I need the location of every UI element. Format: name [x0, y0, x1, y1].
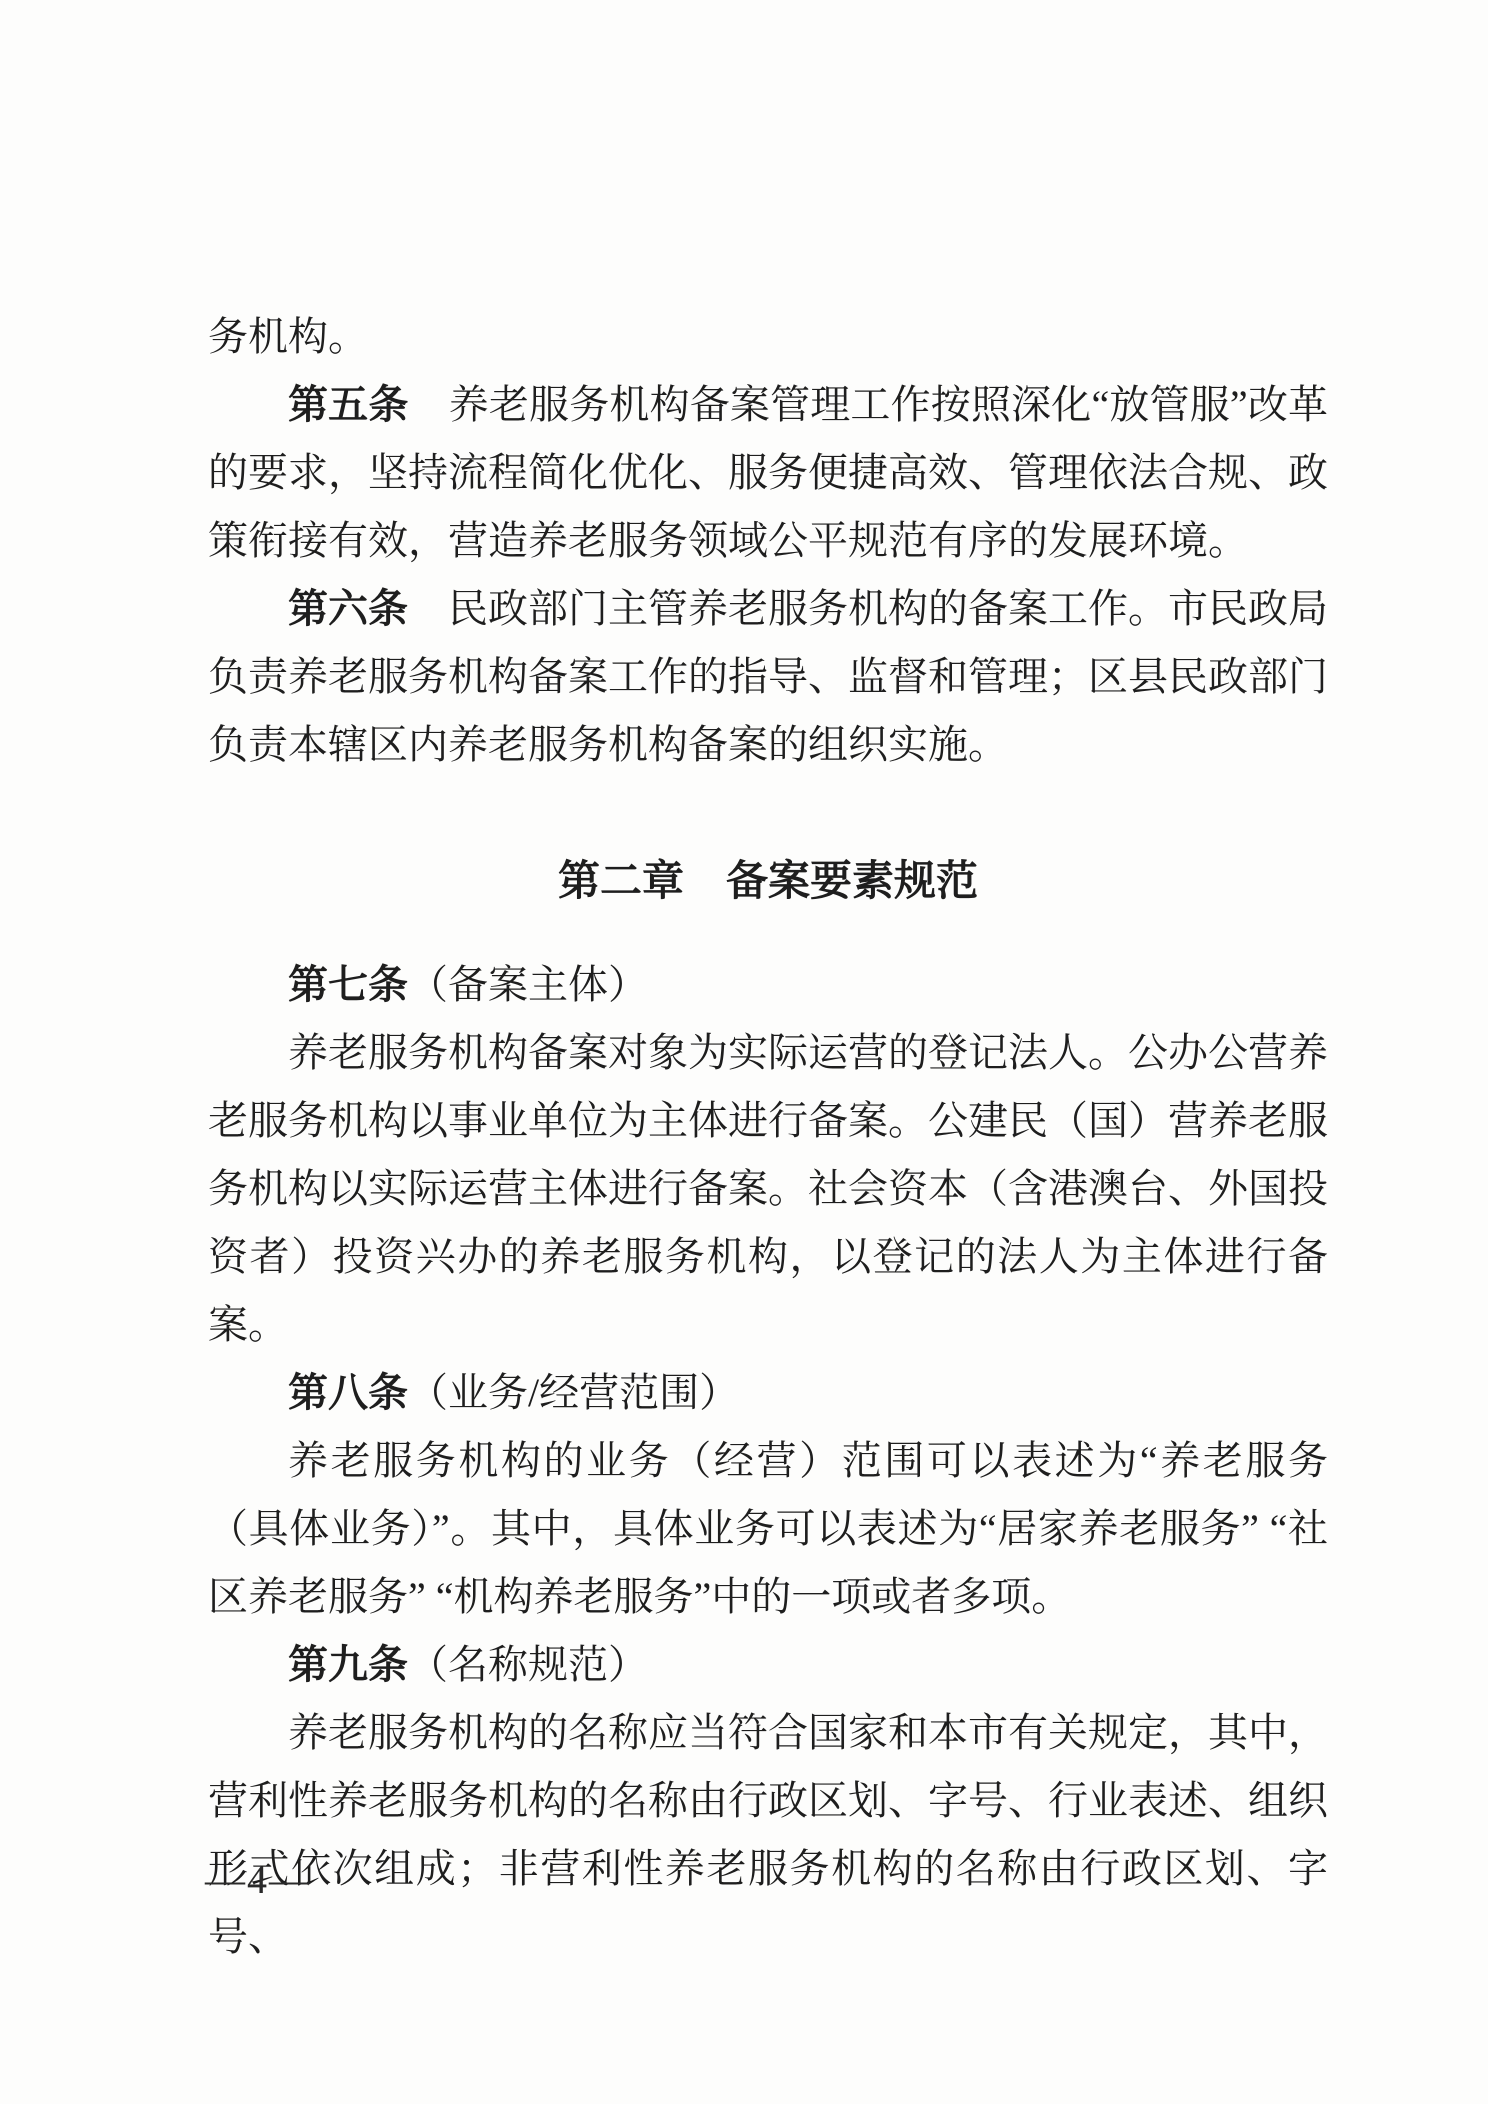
article-7-label: 第七条 — [288, 963, 408, 1007]
article-9-title-line: 第九条（名称规范） — [208, 1631, 1328, 1699]
article-9-label: 第九条 — [288, 1643, 408, 1687]
article-7-title-line: 第七条（备案主体） — [208, 951, 1328, 1019]
article-5-paragraph: 第五条 养老服务机构备案管理工作按照深化“放管服”改革的要求，坚持流程简化优化、… — [208, 371, 1328, 575]
article-8-paragraph: 养老服务机构的业务（经营）范围可以表述为“养老服务（具体业务）”。其中，具体业务… — [208, 1427, 1328, 1631]
article-7-paragraph: 养老服务机构备案对象为实际运营的登记法人。公办公营养老服务机构以事业单位为主体进… — [208, 1019, 1328, 1359]
paragraph-continuation: 务机构。 — [208, 303, 1328, 371]
article-8-label: 第八条 — [288, 1371, 408, 1415]
text-block: 务机构。 第五条 养老服务机构备案管理工作按照深化“放管服”改革的要求，坚持流程… — [208, 303, 1328, 1971]
article-8-title-line: 第八条（业务/经营范围） — [208, 1359, 1328, 1427]
article-8-title: （业务/经营范围） — [408, 1370, 739, 1415]
chapter-2-heading: 第二章 备案要素规范 — [208, 847, 1328, 915]
page-number: —4— — [205, 1856, 311, 1904]
article-9-title: （名称规范） — [408, 1642, 648, 1687]
article-5-label: 第五条 — [288, 383, 409, 427]
article-7-title: （备案主体） — [408, 962, 648, 1007]
article-6-paragraph: 第六条 民政部门主管养老服务机构的备案工作。市民政局负责养老服务机构备案工作的指… — [208, 575, 1328, 779]
document-page: 务机构。 第五条 养老服务机构备案管理工作按照深化“放管服”改革的要求，坚持流程… — [0, 0, 1488, 2104]
article-6-label: 第六条 — [288, 587, 408, 631]
article-9-paragraph: 养老服务机构的名称应当符合国家和本市有关规定，其中，营利性养老服务机构的名称由行… — [208, 1699, 1328, 1971]
